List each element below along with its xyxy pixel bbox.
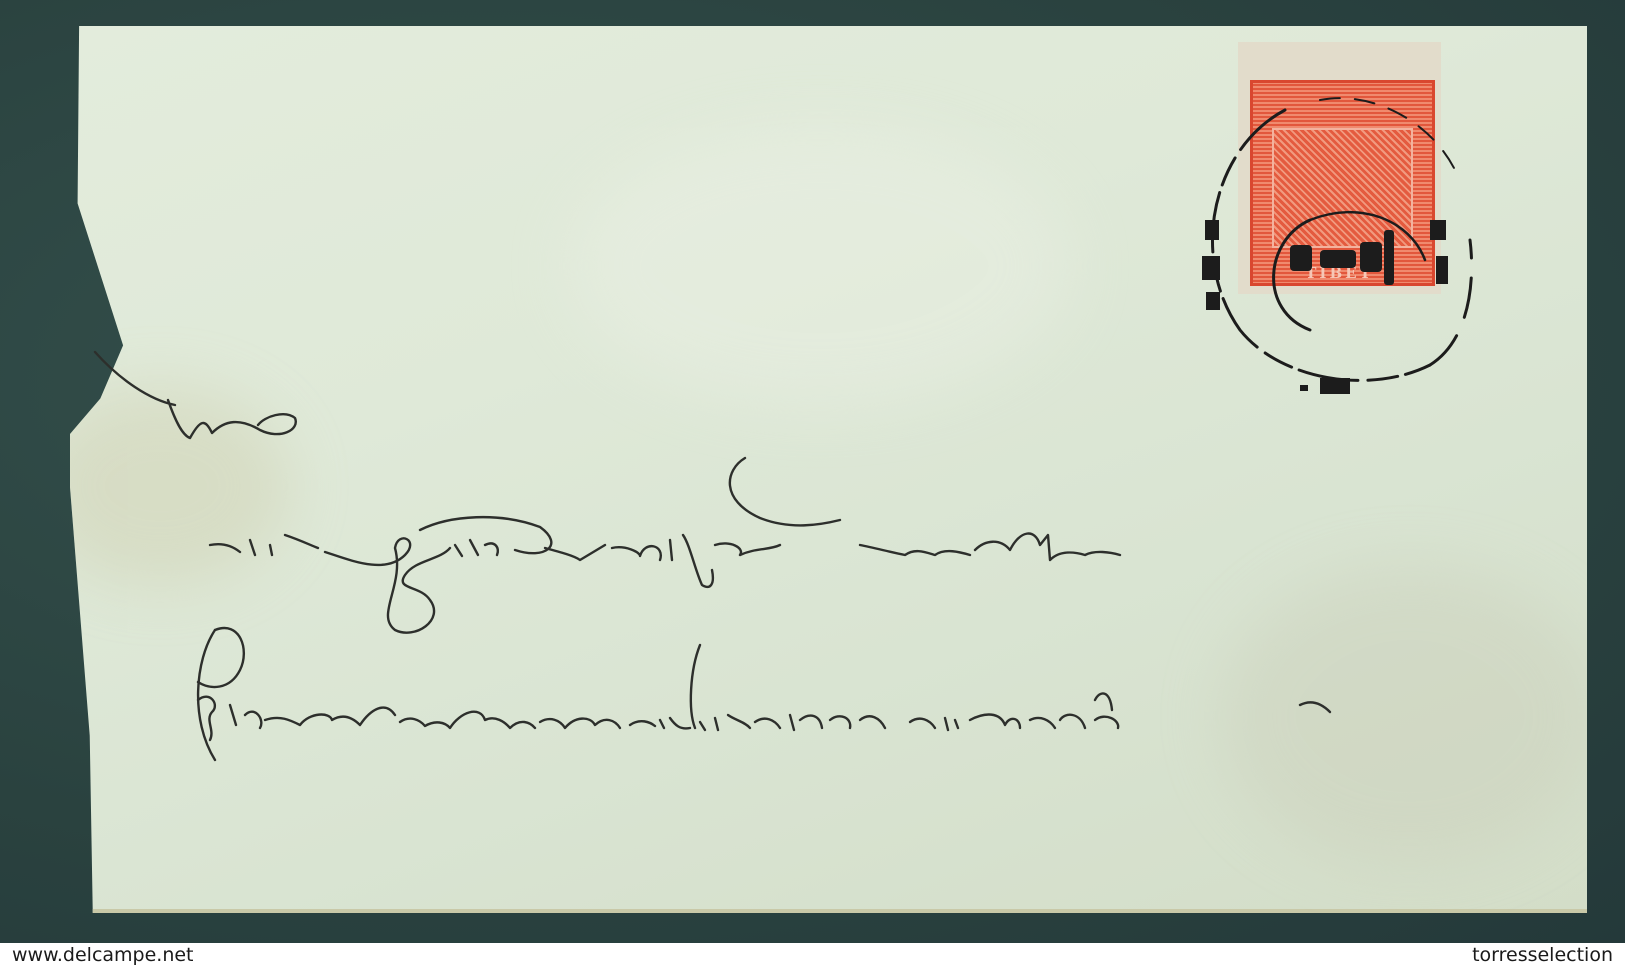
scan-background: TIBET: [0, 0, 1625, 943]
watermark-delcampe: www.delcampe.net: [12, 944, 194, 966]
watermark-seller: torresselection: [1472, 944, 1613, 966]
handwritten-address: [0, 0, 1625, 943]
